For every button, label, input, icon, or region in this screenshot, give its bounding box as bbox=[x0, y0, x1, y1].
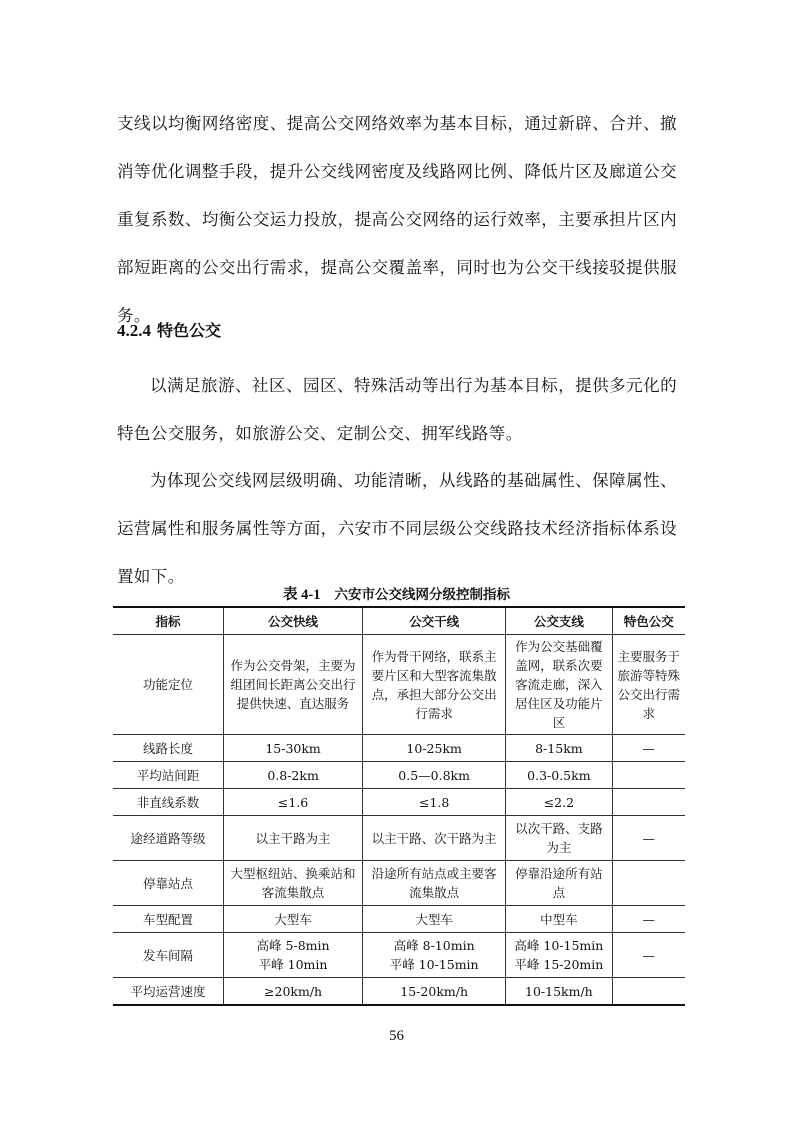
table-cell: ≥20km/h bbox=[223, 978, 362, 1006]
table-cell: 15-30km bbox=[223, 735, 362, 762]
table-row: 发车间隔 高峰 5-8min 平峰 10min 高峰 8-10min 平峰 10… bbox=[113, 933, 685, 978]
page-number: 56 bbox=[0, 1028, 793, 1045]
table-row: 线路长度 15-30km 10-25km 8-15km — bbox=[113, 735, 685, 762]
table-row: 非直线系数 ≤1.6 ≤1.8 ≤2.2 bbox=[113, 789, 685, 816]
body-paragraph: 以满足旅游、社区、园区、特殊活动等出行为基本目标，提供多元化的特色公交服务，如旅… bbox=[117, 362, 677, 458]
table-cell: 功能定位 bbox=[113, 635, 223, 735]
indicator-table: 指标 公交快线 公交干线 公交支线 特色公交 功能定位 作为公交骨架，主要为组团… bbox=[113, 606, 685, 1006]
table-cell bbox=[612, 789, 685, 816]
table-title: 六安市公交线网分级控制指标 bbox=[334, 587, 510, 603]
table-cell: 以主干路、次干路为主 bbox=[363, 816, 506, 861]
table-cell bbox=[612, 762, 685, 789]
table-cell: 高峰 10-15min 平峰 15-20min bbox=[506, 933, 612, 978]
table-cell: 0.5—0.8km bbox=[363, 762, 506, 789]
table-caption: 表 4-1六安市公交线网分级控制指标 bbox=[0, 583, 793, 604]
table-row: 车型配置 大型车 大型车 中型车 — bbox=[113, 906, 685, 933]
table-header-cell: 公交支线 bbox=[506, 607, 612, 635]
table-cell bbox=[612, 861, 685, 906]
table-cell: ≤1.8 bbox=[363, 789, 506, 816]
table-cell: 作为公交基础覆盖网，联系次要客流走廊，深入居住区及功能片区 bbox=[506, 635, 612, 735]
table-cell: 平均站间距 bbox=[113, 762, 223, 789]
table-cell: 非直线系数 bbox=[113, 789, 223, 816]
table-row: 平均运营速度 ≥20km/h 15-20km/h 10-15km/h bbox=[113, 978, 685, 1006]
table-header-row: 指标 公交快线 公交干线 公交支线 特色公交 bbox=[113, 607, 685, 635]
table-cell: ≤2.2 bbox=[506, 789, 612, 816]
section-number: 4.2.4 bbox=[117, 321, 151, 340]
body-paragraph: 支线以均衡网络密度、提高公交网络效率为基本目标，通过新辟、合并、撤消等优化调整手… bbox=[117, 100, 677, 340]
table-cell: — bbox=[612, 933, 685, 978]
table-row: 停靠站点 大型枢纽站、换乘站和客流集散点 沿途所有站点或主要客流集散点 停靠沿途… bbox=[113, 861, 685, 906]
table-cell: 0.3-0.5km bbox=[506, 762, 612, 789]
table-cell: 高峰 5-8min 平峰 10min bbox=[223, 933, 362, 978]
table-cell: 作为骨干网络，联系主要片区和大型客流集散点，承担大部分公交出行需求 bbox=[363, 635, 506, 735]
table-cell: 0.8-2km bbox=[223, 762, 362, 789]
table-cell: — bbox=[612, 735, 685, 762]
table-cell: 8-15km bbox=[506, 735, 612, 762]
section-title: 特色公交 bbox=[157, 321, 221, 340]
table-cell: 发车间隔 bbox=[113, 933, 223, 978]
table-number: 表 4-1 bbox=[283, 587, 320, 603]
table-cell: 以主干路为主 bbox=[223, 816, 362, 861]
table-row: 平均站间距 0.8-2km 0.5—0.8km 0.3-0.5km bbox=[113, 762, 685, 789]
section-heading: 4.2.4特色公交 bbox=[117, 318, 221, 341]
table-cell: 10-15km/h bbox=[506, 978, 612, 1006]
table-cell: 大型枢纽站、换乘站和客流集散点 bbox=[223, 861, 362, 906]
table-row: 功能定位 作为公交骨架，主要为组团间长距离公交出行提供快速、直达服务 作为骨干网… bbox=[113, 635, 685, 735]
table-cell: 车型配置 bbox=[113, 906, 223, 933]
table-cell: 主要服务于旅游等特殊公交出行需求 bbox=[612, 635, 685, 735]
table-cell: ≤1.6 bbox=[223, 789, 362, 816]
table-cell: 以次干路、支路为主 bbox=[506, 816, 612, 861]
table-header-cell: 特色公交 bbox=[612, 607, 685, 635]
table-cell: 途经道路等级 bbox=[113, 816, 223, 861]
table-cell: 线路长度 bbox=[113, 735, 223, 762]
table-cell: 高峰 8-10min 平峰 10-15min bbox=[363, 933, 506, 978]
table-header-cell: 公交快线 bbox=[223, 607, 362, 635]
table-cell: 大型车 bbox=[223, 906, 362, 933]
table-cell: 中型车 bbox=[506, 906, 612, 933]
table-cell: — bbox=[612, 816, 685, 861]
table-cell bbox=[612, 978, 685, 1006]
table-cell: 作为公交骨架，主要为组团间长距离公交出行提供快速、直达服务 bbox=[223, 635, 362, 735]
table-row: 途经道路等级 以主干路为主 以主干路、次干路为主 以次干路、支路为主 — bbox=[113, 816, 685, 861]
table-cell: 大型车 bbox=[363, 906, 506, 933]
body-paragraph: 为体现公交线网层级明确、功能清晰，从线路的基础属性、保障属性、运营属性和服务属性… bbox=[117, 457, 677, 601]
table-header-cell: 指标 bbox=[113, 607, 223, 635]
table-cell: 停靠沿途所有站点 bbox=[506, 861, 612, 906]
table-cell: 停靠站点 bbox=[113, 861, 223, 906]
table-cell: 15-20km/h bbox=[363, 978, 506, 1006]
table-header-cell: 公交干线 bbox=[363, 607, 506, 635]
table-cell: 沿途所有站点或主要客流集散点 bbox=[363, 861, 506, 906]
table-cell: 10-25km bbox=[363, 735, 506, 762]
table-cell: — bbox=[612, 906, 685, 933]
table-cell: 平均运营速度 bbox=[113, 978, 223, 1006]
